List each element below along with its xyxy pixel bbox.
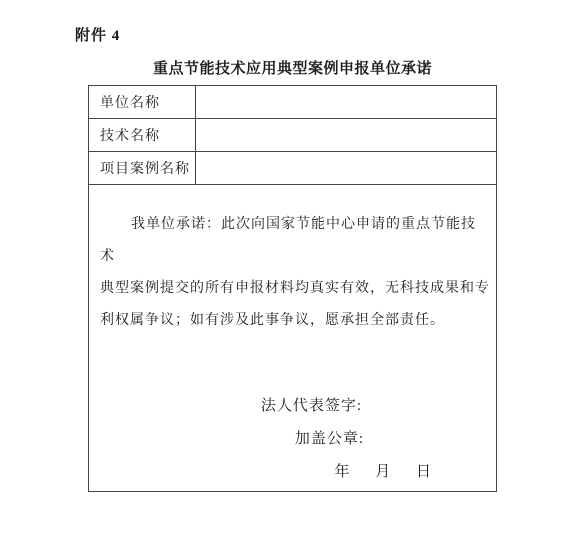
technology-name-field[interactable]	[196, 119, 496, 151]
commitment-line-3: 利权属争议；如有涉及此事争议，愿承担全部责任。	[100, 305, 490, 337]
unit-name-field[interactable]	[196, 86, 496, 118]
commitment-statement-cell: 我单位承诺：此次向国家节能中心申请的重点节能技术 典型案例提交的所有申报材料均真…	[89, 185, 496, 491]
signature-block: 法人代表签字: 加盖公章: 年 月 日	[89, 390, 496, 489]
technology-name-label: 技术名称	[89, 119, 196, 151]
date-line-label: 年 月 日	[89, 456, 496, 489]
commitment-line-1: 我单位承诺：此次向国家节能中心申请的重点节能技术	[100, 209, 490, 273]
commitment-form-table: 单位名称 技术名称 项目案例名称 我单位承诺：此次向国家节能中心申请的重点节能技…	[88, 85, 497, 492]
project-case-name-label: 项目案例名称	[89, 152, 196, 184]
legal-representative-signature-label: 法人代表签字:	[89, 390, 496, 423]
table-row-project-case-name: 项目案例名称	[89, 152, 496, 185]
commitment-paragraph: 我单位承诺：此次向国家节能中心申请的重点节能技术 典型案例提交的所有申报材料均真…	[89, 185, 496, 337]
scanned-document-page: { "page": { "attachment_label": "附件 4", …	[0, 0, 580, 534]
table-row-unit-name: 单位名称	[89, 86, 496, 119]
project-case-name-field[interactable]	[196, 152, 496, 184]
attachment-number-label: 附件 4	[75, 24, 120, 45]
official-seal-label: 加盖公章:	[89, 423, 496, 456]
unit-name-label: 单位名称	[89, 86, 196, 118]
document-title: 重点节能技术应用典型案例申报单位承诺	[88, 57, 497, 78]
table-row-technology-name: 技术名称	[89, 119, 496, 152]
commitment-line-2: 典型案例提交的所有申报材料均真实有效，无科技成果和专	[100, 273, 490, 305]
